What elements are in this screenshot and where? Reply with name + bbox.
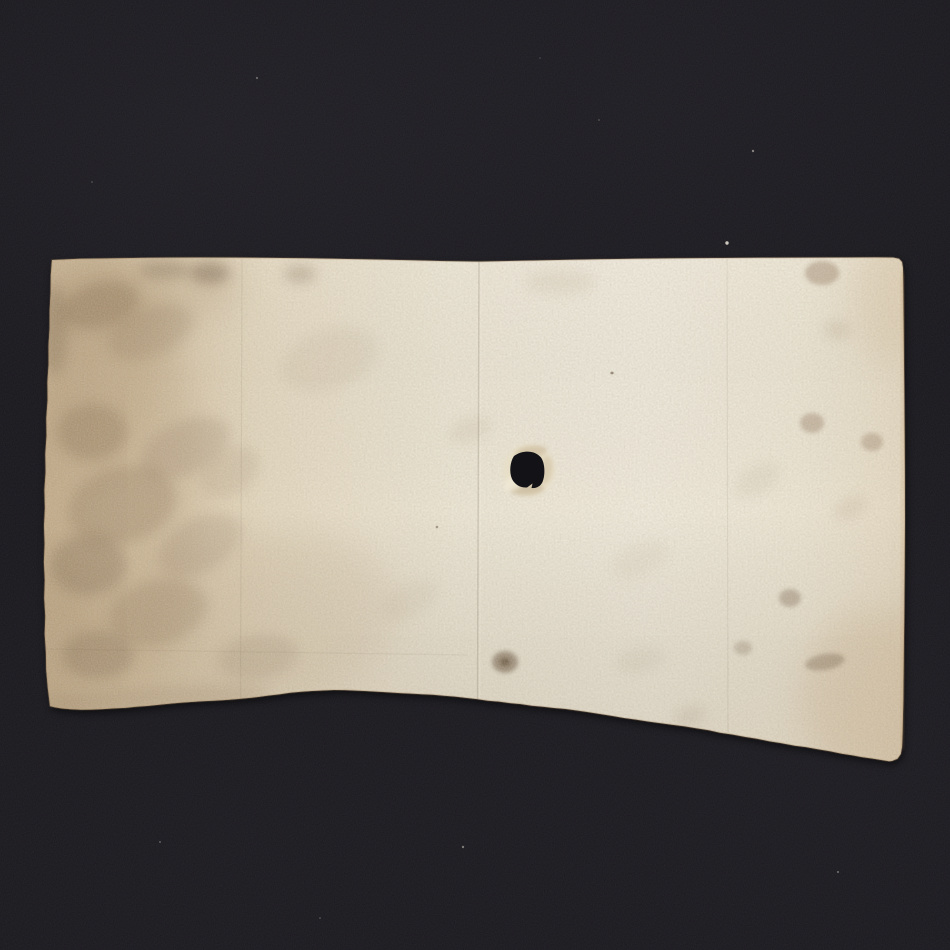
dust-speck bbox=[539, 57, 541, 59]
hole-opening bbox=[510, 452, 544, 489]
dust-speck bbox=[462, 846, 464, 848]
dust-speck bbox=[159, 841, 161, 843]
dust-speck bbox=[319, 917, 321, 919]
dust-speck bbox=[725, 241, 728, 244]
paper-illustration: Photograph of an aged, stained blank pap… bbox=[0, 0, 950, 950]
photo-of-paper-fragment: Photograph of an aged, stained blank pap… bbox=[0, 0, 950, 950]
dust-speck bbox=[256, 77, 258, 79]
dust-speck bbox=[752, 150, 754, 152]
dust-speck bbox=[91, 181, 93, 183]
dust-speck bbox=[598, 119, 600, 121]
dust-speck bbox=[837, 871, 839, 873]
